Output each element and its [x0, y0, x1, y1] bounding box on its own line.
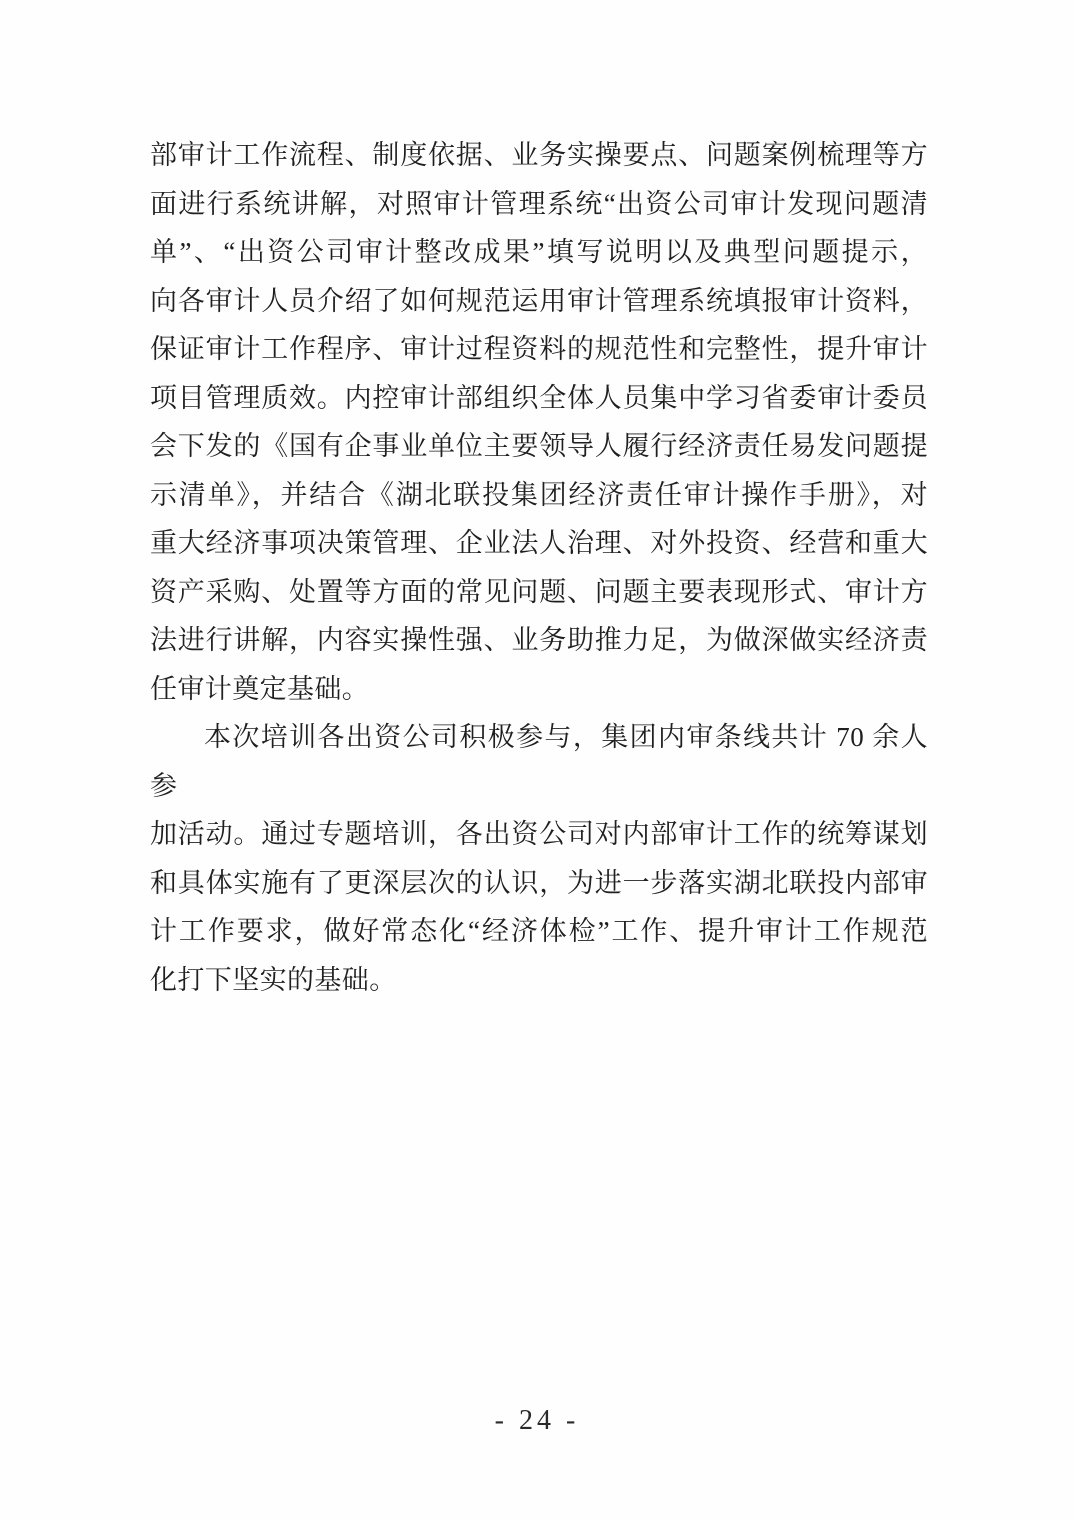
text-line: 保证审计工作程序、审计过程资料的规范性和完整性，提升审计 [150, 325, 928, 374]
text-line: 面进行系统讲解，对照审计管理系统“出资公司审计发现问题清 [150, 180, 928, 229]
text-line: 化打下坚实的基础。 [150, 956, 928, 1005]
page-number: - 24 - [0, 1404, 1074, 1438]
text-line: 重大经济事项决策管理、企业法人治理、对外投资、经营和重大 [150, 519, 928, 568]
paragraph: 本次培训各出资公司积极参与，集团内审条线共计 70 余人参加活动。通过专题培训，… [150, 713, 928, 1004]
text-line: 和具体实施有了更深层次的认识，为进一步落实湖北联投内部审 [150, 859, 928, 908]
text-line: 项目管理质效。内控审计部组织全体人员集中学习省委审计委员 [150, 374, 928, 423]
text-line: 计工作要求，做好常态化“经济体检”工作、提升审计工作规范 [150, 907, 928, 956]
document-page: 部审计工作流程、制度依据、业务实操要点、问题案例梳理等方面进行系统讲解，对照审计… [0, 0, 1074, 1520]
text-line: 法进行讲解，内容实操性强、业务助推力足，为做深做实经济责 [150, 616, 928, 665]
text-line: 部审计工作流程、制度依据、业务实操要点、问题案例梳理等方 [150, 131, 928, 180]
text-line: 会下发的《国有企事业单位主要领导人履行经济责任易发问题提 [150, 422, 928, 471]
text-line: 向各审计人员介绍了如何规范运用审计管理系统填报审计资料， [150, 277, 928, 326]
text-line: 加活动。通过专题培训，各出资公司对内部审计工作的统筹谋划 [150, 810, 928, 859]
paragraph: 部审计工作流程、制度依据、业务实操要点、问题案例梳理等方面进行系统讲解，对照审计… [150, 131, 928, 713]
text-line: 资产采购、处置等方面的常见问题、问题主要表现形式、审计方 [150, 568, 928, 617]
document-body: 部审计工作流程、制度依据、业务实操要点、问题案例梳理等方面进行系统讲解，对照审计… [150, 131, 928, 1004]
text-line: 示清单》，并结合《湖北联投集团经济责任审计操作手册》，对 [150, 471, 928, 520]
text-line: 任审计奠定基础。 [150, 665, 928, 714]
text-line: 单”、“出资公司审计整改成果”填写说明以及典型问题提示， [150, 228, 928, 277]
text-line: 本次培训各出资公司积极参与，集团内审条线共计 70 余人参 [150, 713, 928, 810]
